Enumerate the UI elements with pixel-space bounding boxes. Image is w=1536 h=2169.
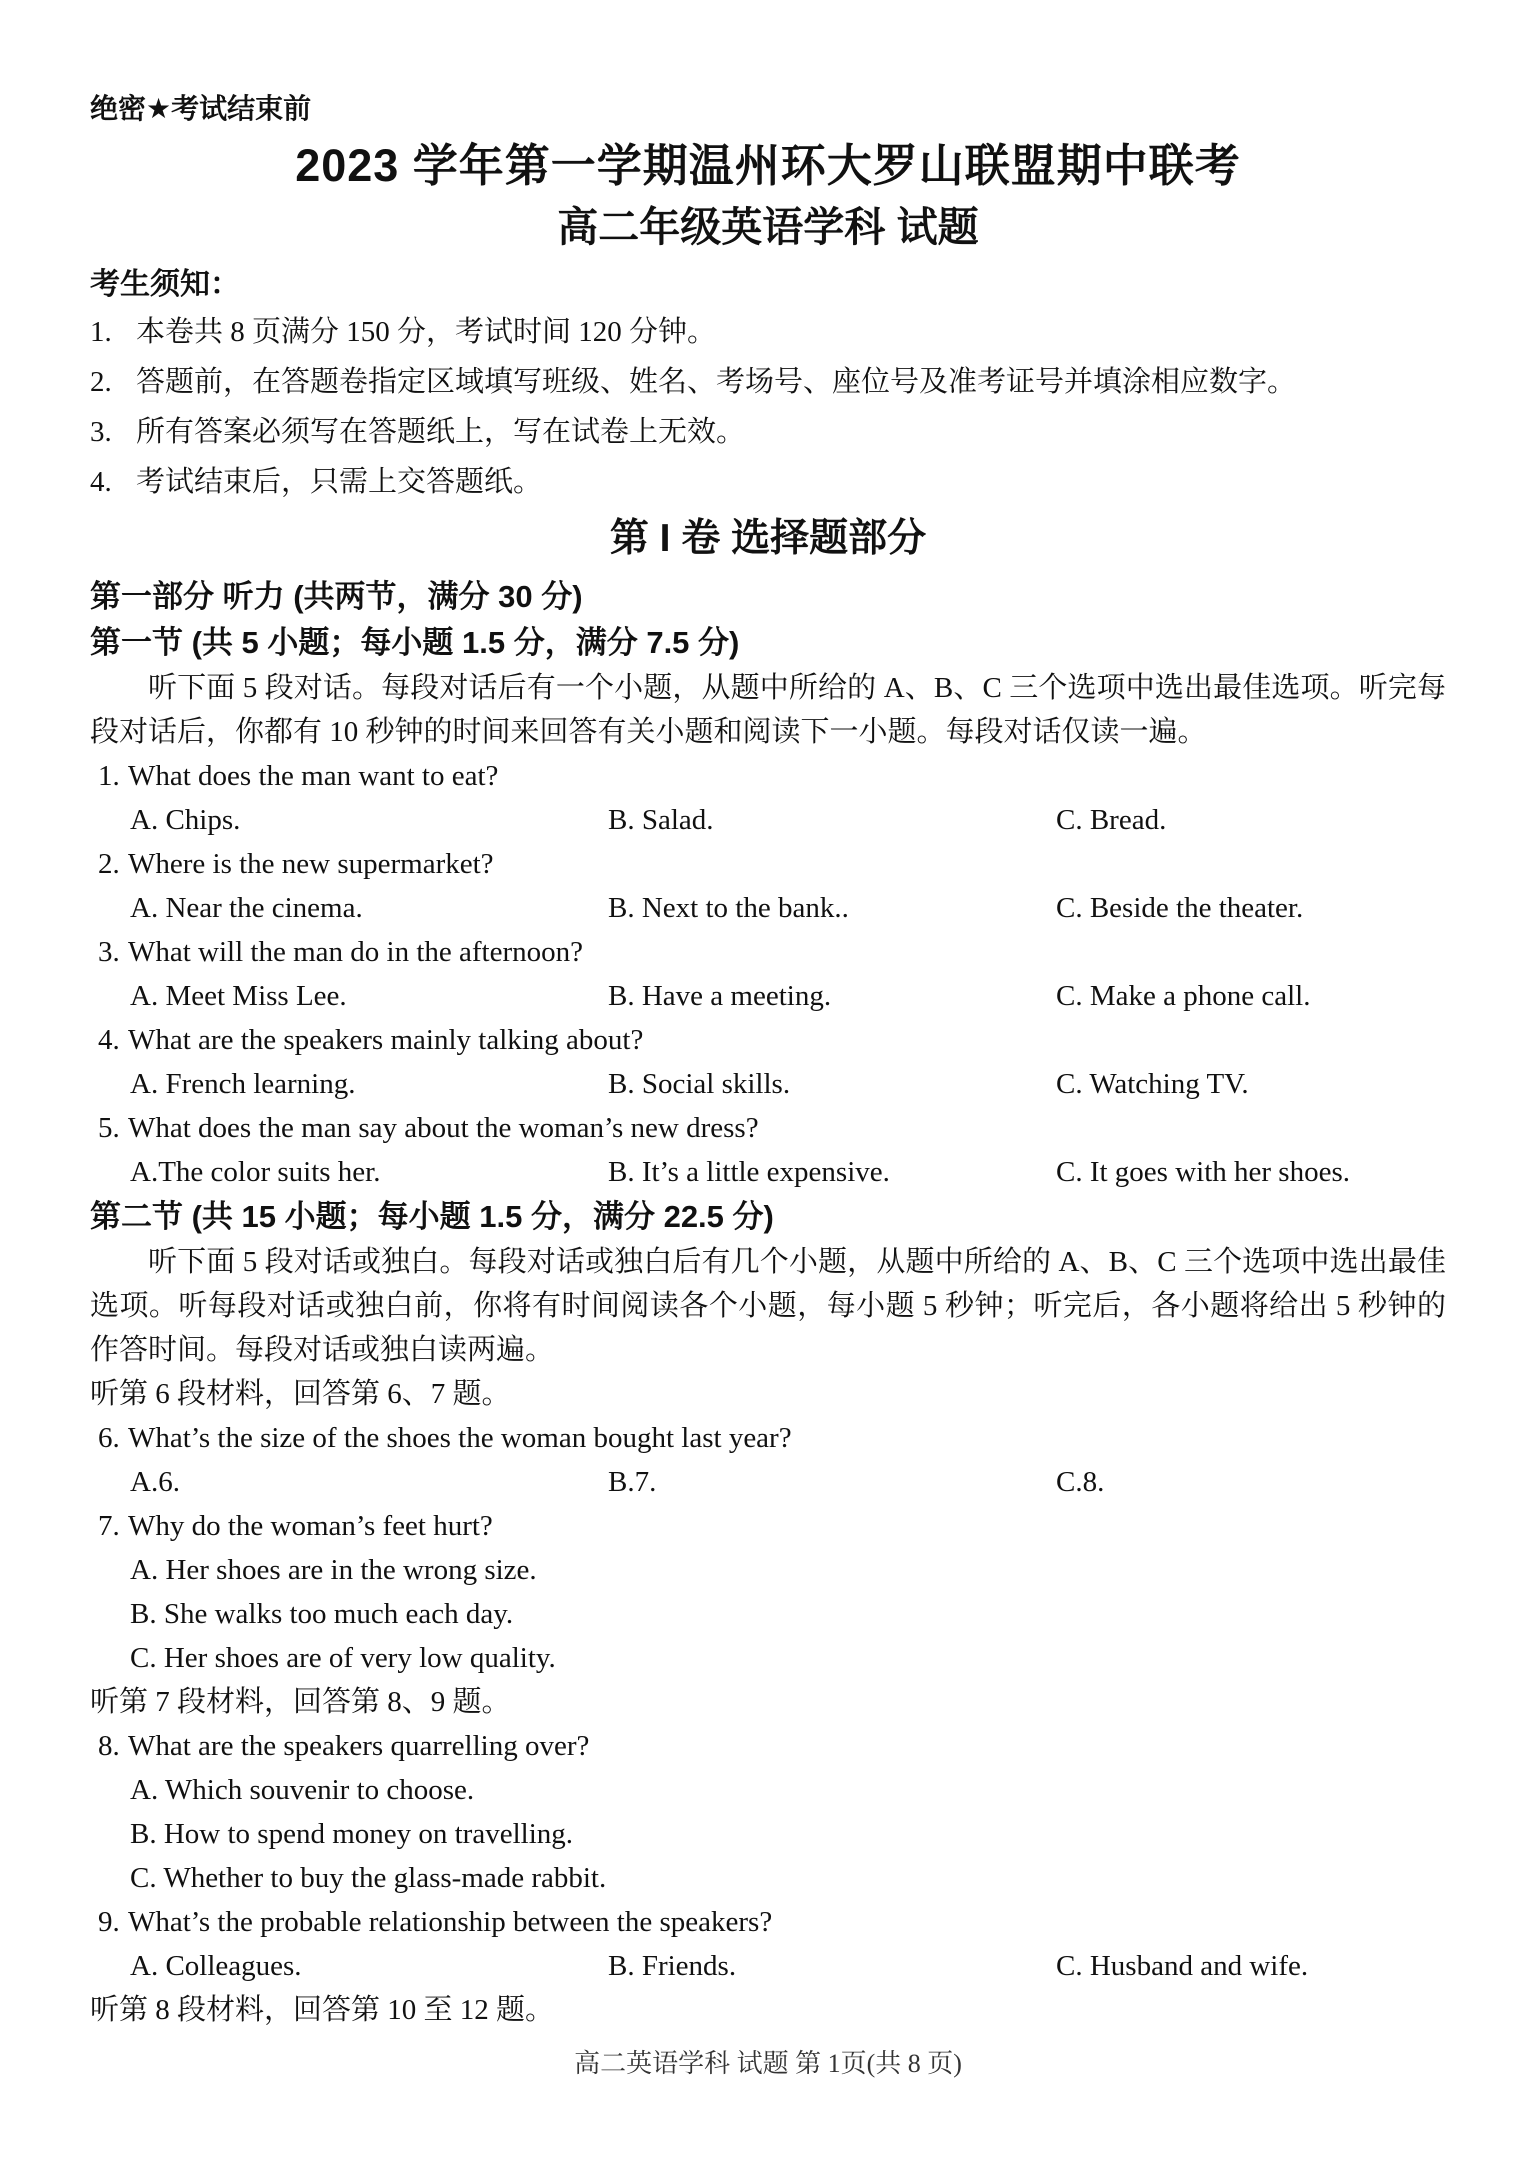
question-number: 8. — [98, 1724, 128, 1768]
question-number: 5. — [98, 1106, 128, 1150]
option-b: B.7. — [608, 1460, 1056, 1504]
notice-item-3: 3. 所有答案必须写在答题纸上，写在试卷上无效。 — [90, 414, 1446, 451]
option-a: A. Which souvenir to choose. — [130, 1768, 1446, 1812]
notice-item-text: 所有答案必须写在答题纸上，写在试卷上无效。 — [136, 414, 1446, 451]
question-stem: What will the man do in the afternoon? — [128, 936, 583, 968]
question-stem-line: 9.What’s the probable relationship betwe… — [90, 1900, 1446, 1944]
notice-item-text: 答题前，在答题卷指定区域填写班级、姓名、考场号、座位号及准考证号并填涂相应数字。 — [136, 364, 1446, 401]
option-c: C. Whether to buy the glass-made rabbit. — [130, 1856, 1446, 1900]
option-c: C. Make a phone call. — [1056, 974, 1446, 1018]
option-c: C.8. — [1056, 1460, 1446, 1504]
material-note-6: 听第 6 段材料，回答第 6、7 题。 — [90, 1372, 1446, 1416]
notice-item-text: 考试结束后，只需上交答题纸。 — [136, 464, 1446, 501]
option-b: B. Next to the bank.. — [608, 886, 1056, 930]
notice-item-4: 4. 考试结束后，只需上交答题纸。 — [90, 464, 1446, 501]
options-row: A. Meet Miss Lee. B. Have a meeting. C. … — [90, 974, 1446, 1018]
question-stem-line: 4.What are the speakers mainly talking a… — [90, 1018, 1446, 1062]
option-a: A. Chips. — [130, 798, 608, 842]
options-row: A.The color suits her. B. It’s a little … — [90, 1150, 1446, 1194]
question-stem: Why do the woman’s feet hurt? — [128, 1510, 493, 1542]
option-b: B. Salad. — [608, 798, 1056, 842]
options-row: A.6. B.7. C.8. — [90, 1460, 1446, 1504]
options-row: A. Colleagues. B. Friends. C. Husband an… — [90, 1944, 1446, 1988]
question-5: 5.What does the man say about the woman’… — [90, 1106, 1446, 1194]
question-stem-line: 3.What will the man do in the afternoon? — [90, 930, 1446, 974]
question-7: 7.Why do the woman’s feet hurt? A. Her s… — [90, 1504, 1446, 1680]
option-a: A. Colleagues. — [130, 1944, 608, 1988]
question-number: 3. — [98, 930, 128, 974]
question-3: 3.What will the man do in the afternoon?… — [90, 930, 1446, 1018]
question-2: 2.Where is the new supermarket? A. Near … — [90, 842, 1446, 930]
option-c: C. Husband and wife. — [1056, 1944, 1446, 1988]
option-b: B. Social skills. — [608, 1062, 1056, 1106]
question-stem-line: 6.What’s the size of the shoes the woman… — [90, 1416, 1446, 1460]
question-number: 9. — [98, 1900, 128, 1944]
question-4: 4.What are the speakers mainly talking a… — [90, 1018, 1446, 1106]
option-a: A. Meet Miss Lee. — [130, 974, 608, 1018]
question-stem: Where is the new supermarket? — [128, 848, 494, 880]
option-a: A.The color suits her. — [130, 1150, 608, 1194]
option-a: A.6. — [130, 1460, 608, 1504]
page-footer: 高二英语学科 试题 第 1页(共 8 页) — [90, 2048, 1446, 2080]
option-b: B. It’s a little expensive. — [608, 1150, 1056, 1194]
question-stem-line: 5.What does the man say about the woman’… — [90, 1106, 1446, 1150]
question-1: 1.What does the man want to eat? A. Chip… — [90, 754, 1446, 842]
option-a: A. French learning. — [130, 1062, 608, 1106]
question-stem-line: 8.What are the speakers quarrelling over… — [90, 1724, 1446, 1768]
option-b: B. Friends. — [608, 1944, 1056, 1988]
section2-heading: 第二节 (共 15 小题；每小题 1.5 分，满分 22.5 分) — [90, 1194, 1446, 1240]
question-stem: What’s the probable relationship between… — [128, 1906, 772, 1938]
question-9: 9.What’s the probable relationship betwe… — [90, 1900, 1446, 1988]
question-number: 7. — [98, 1504, 128, 1548]
exam-paper-page: 绝密★考试结束前 2023 学年第一学期温州环大罗山联盟期中联考 高二年级英语学… — [0, 0, 1536, 2169]
question-stem: What does the man want to eat? — [128, 760, 498, 792]
question-6: 6.What’s the size of the shoes the woman… — [90, 1416, 1446, 1504]
question-stem: What are the speakers quarrelling over? — [128, 1730, 589, 1762]
option-b: B. How to spend money on travelling. — [130, 1812, 1446, 1856]
question-stem: What’s the size of the shoes the woman b… — [128, 1422, 792, 1454]
notice-item-number: 1. — [90, 314, 136, 351]
question-8: 8.What are the speakers quarrelling over… — [90, 1724, 1446, 1900]
question-stem-line: 2.Where is the new supermarket? — [90, 842, 1446, 886]
part1-heading: 第一部分 听力 (共两节，满分 30 分) — [90, 574, 1446, 620]
option-c: C. Bread. — [1056, 798, 1446, 842]
exam-title: 2023 学年第一学期温州环大罗山联盟期中联考 — [90, 138, 1446, 194]
options-row: A. Chips. B. Salad. C. Bread. — [90, 798, 1446, 842]
option-a: A. Her shoes are in the wrong size. — [130, 1548, 1446, 1592]
option-c: C. It goes with her shoes. — [1056, 1150, 1446, 1194]
question-number: 4. — [98, 1018, 128, 1062]
section1-heading: 第一节 (共 5 小题；每小题 1.5 分，满分 7.5 分) — [90, 620, 1446, 666]
notice-item-number: 3. — [90, 414, 136, 451]
material-note-7: 听第 7 段材料，回答第 8、9 题。 — [90, 1680, 1446, 1724]
notice-item-1: 1. 本卷共 8 页满分 150 分，考试时间 120 分钟。 — [90, 314, 1446, 351]
volume-title: 第 I 卷 选择题部分 — [90, 514, 1446, 564]
options-row: A. French learning. B. Social skills. C.… — [90, 1062, 1446, 1106]
notice-item-number: 2. — [90, 364, 136, 401]
option-b: B. She walks too much each day. — [130, 1592, 1446, 1636]
question-number: 1. — [98, 754, 128, 798]
material-note-8: 听第 8 段材料，回答第 10 至 12 题。 — [90, 1988, 1446, 2032]
question-number: 6. — [98, 1416, 128, 1460]
options-column: A. Which souvenir to choose. B. How to s… — [90, 1768, 1446, 1900]
question-stem-line: 7.Why do the woman’s feet hurt? — [90, 1504, 1446, 1548]
section1-intro: 听下面 5 段对话。每段对话后有一个小题，从题中所给的 A、B、C 三个选项中选… — [90, 666, 1446, 754]
options-column: A. Her shoes are in the wrong size. B. S… — [90, 1548, 1446, 1680]
option-a: A. Near the cinema. — [130, 886, 608, 930]
option-c: C. Her shoes are of very low quality. — [130, 1636, 1446, 1680]
question-stem-line: 1.What does the man want to eat? — [90, 754, 1446, 798]
exam-subtitle: 高二年级英语学科 试题 — [90, 202, 1446, 252]
question-stem: What does the man say about the woman’s … — [128, 1112, 759, 1144]
notice-item-text: 本卷共 8 页满分 150 分，考试时间 120 分钟。 — [136, 314, 1446, 351]
section2-intro: 听下面 5 段对话或独白。每段对话或独白后有几个小题，从题中所给的 A、B、C … — [90, 1240, 1446, 1372]
question-number: 2. — [98, 842, 128, 886]
option-c: C. Watching TV. — [1056, 1062, 1446, 1106]
notice-heading: 考生须知： — [90, 266, 1446, 304]
option-c: C. Beside the theater. — [1056, 886, 1446, 930]
option-b: B. Have a meeting. — [608, 974, 1056, 1018]
classification-label: 绝密★考试结束前 — [90, 92, 1446, 126]
question-stem: What are the speakers mainly talking abo… — [128, 1024, 643, 1056]
notice-item-number: 4. — [90, 464, 136, 501]
options-row: A. Near the cinema. B. Next to the bank.… — [90, 886, 1446, 930]
notice-item-2: 2. 答题前，在答题卷指定区域填写班级、姓名、考场号、座位号及准考证号并填涂相应… — [90, 364, 1446, 401]
